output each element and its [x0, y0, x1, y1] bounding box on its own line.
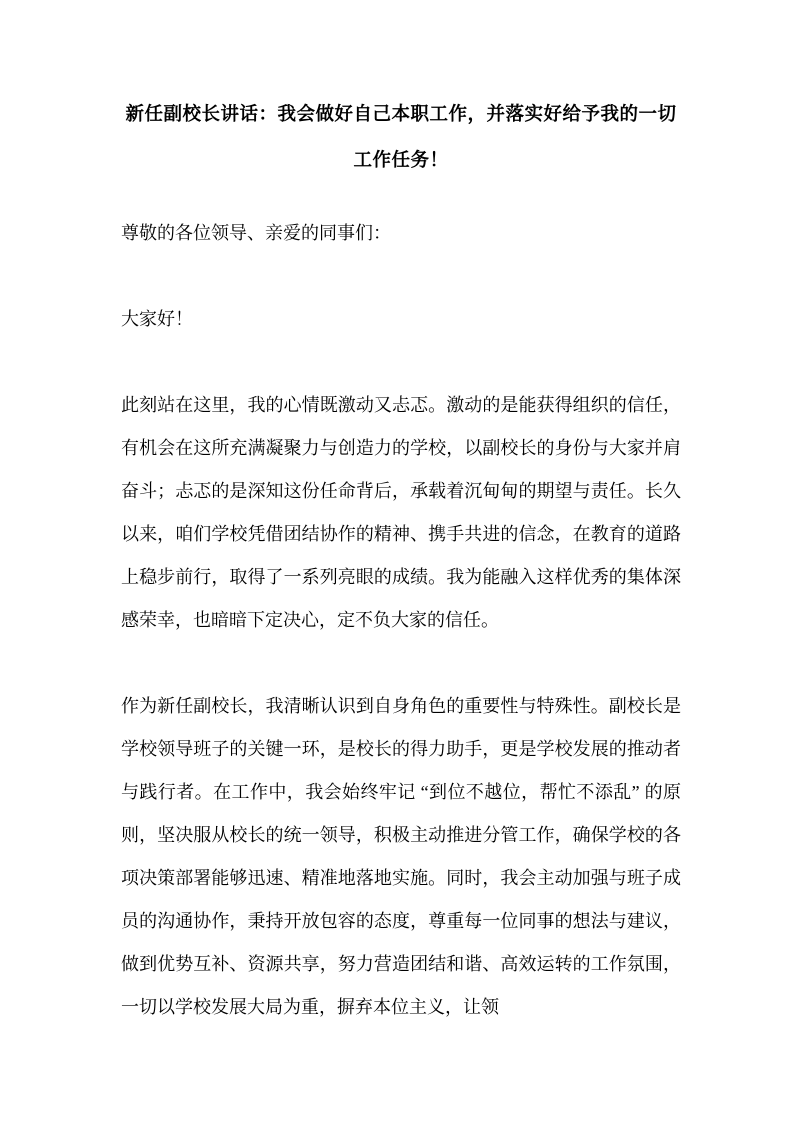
document-title: 新任副校长讲话：我会做好自己本职工作，并落实好给予我的一切工作任务！	[121, 92, 681, 184]
body-paragraph-1: 此刻站在这里，我的心情既激动又忐忑。激动的是能获得组织的信任，有机会在这所充满凝…	[121, 384, 681, 642]
salutation-line: 尊敬的各位领导、亲爱的同事们：	[121, 212, 681, 255]
greeting-line: 大家好！	[121, 298, 681, 341]
body-paragraph-2: 作为新任副校长，我清晰认识到自身角色的重要性与特殊性。副校长是学校领导班子的关键…	[121, 685, 681, 1029]
document-page: 新任副校长讲话：我会做好自己本职工作，并落实好给予我的一切工作任务！ 尊敬的各位…	[0, 0, 793, 1122]
